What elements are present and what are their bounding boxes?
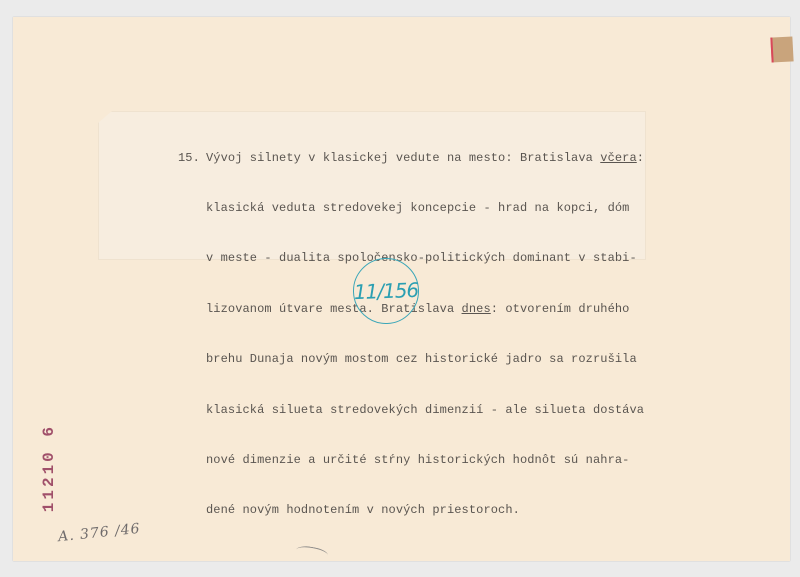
underlined-vcera: včera xyxy=(600,151,637,165)
caption-line-6: klasická silueta stredovekých dimenzií -… xyxy=(178,402,648,419)
caption-line-8: dené novým hodnotením v nových priestoro… xyxy=(178,502,648,519)
caption-line-1: 15.Vývoj silnety v klasickej vedute na m… xyxy=(178,150,648,167)
inventory-number-stamp: 11210 6 xyxy=(40,424,58,512)
caption-number: 15. xyxy=(178,150,206,167)
caption-line-2: klasická veduta stredovekej koncepcie - … xyxy=(178,200,648,217)
caption-line-5: brehu Dunaja novým mostom cez historické… xyxy=(178,351,648,368)
caption-line-7: nové dimenzie a určité stŕny historickýc… xyxy=(178,452,648,469)
caption-line-3: v meste - dualita spoločensko-politickýc… xyxy=(178,250,648,267)
underlined-dnes: dnes xyxy=(462,302,491,316)
typewritten-caption: 15.Vývoj silnety v klasickej vedute na m… xyxy=(178,116,648,536)
adhesive-tape-fragment xyxy=(770,36,793,62)
